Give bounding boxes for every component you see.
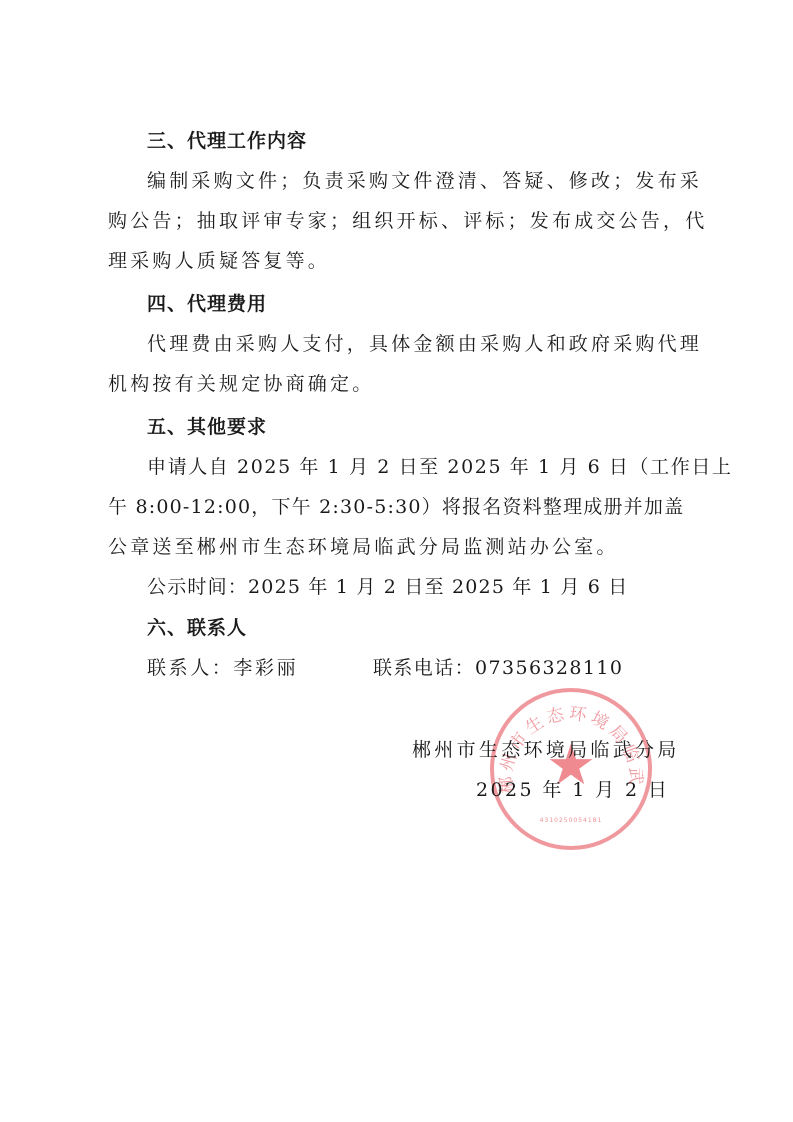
seal-code: 4310250054181 — [540, 817, 603, 824]
signature-date: 2025 年 1 月 2 日 — [476, 775, 669, 802]
heading-section-6: 六、联系人 — [147, 613, 247, 640]
paragraph-line: 公章送至郴州市生态环境局临武分局监测站办公室。 — [108, 532, 619, 559]
contact-person: 联系人：李彩丽 — [147, 653, 298, 680]
paragraph-line: 机构按有关规定协商确定。 — [108, 369, 374, 396]
heading-section-3: 三、代理工作内容 — [147, 126, 307, 153]
paragraph-line: 购公告；抽取评审专家；组织开标、评标；发布成交公告，代 — [108, 206, 707, 233]
paragraph-line: 代理费由采购人支付，具体金额由采购人和政府采购代理 — [147, 329, 702, 356]
paragraph-line: 公示时间：2025 年 1 月 2 日至 2025 年 1 月 6 日 — [147, 572, 629, 599]
paragraph-line: 编制采购文件；负责采购文件澄清、答疑、修改；发布采 — [147, 166, 702, 193]
heading-section-4: 四、代理费用 — [147, 289, 267, 316]
heading-section-5: 五、其他要求 — [147, 412, 267, 439]
paragraph-line: 理采购人质疑答复等。 — [108, 246, 330, 273]
official-seal: 郴州市生态环境局临武分局 ★ 4310250054181 — [490, 688, 652, 850]
paragraph-line: 申请人自 2025 年 1 月 2 日至 2025 年 1 月 6 日（工作日上 — [147, 452, 733, 479]
signature-organization: 郴州市生态环境局临武分局 — [412, 735, 680, 762]
paragraph-line: 午 8:00-12:00，下午 2:30-5:30）将报名资料整理成册并加盖 — [108, 492, 684, 519]
contact-phone: 联系电话：07356328110 — [373, 653, 623, 680]
